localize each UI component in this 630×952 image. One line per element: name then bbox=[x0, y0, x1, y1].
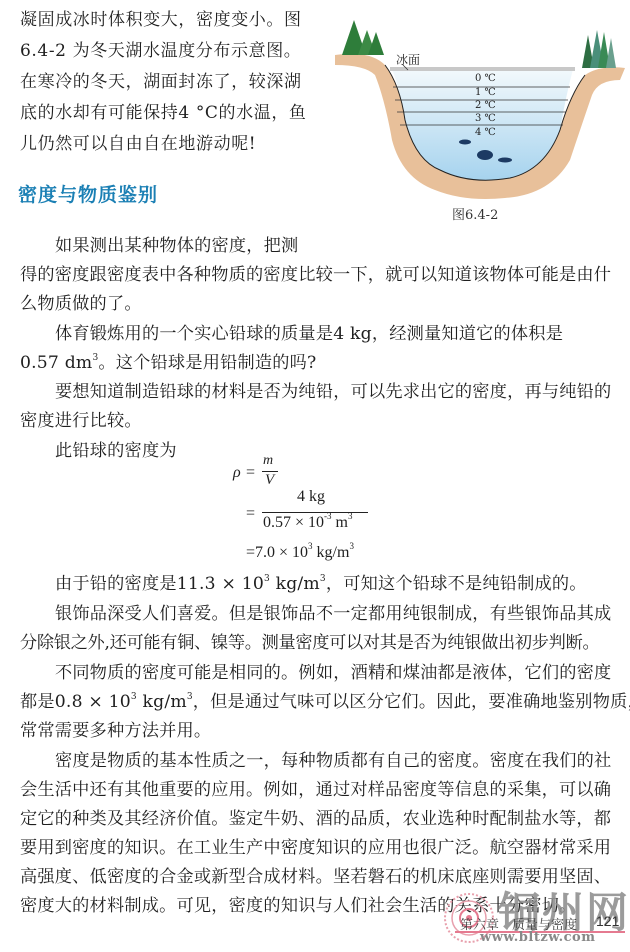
paragraph-line: 常常需要多种方法并用。 bbox=[20, 717, 211, 745]
superscript: 3 bbox=[348, 511, 353, 521]
paragraph-line: 如果测出某种物体的密度，把测 bbox=[55, 232, 298, 260]
text: kg/m bbox=[137, 692, 187, 712]
text: kg/m bbox=[270, 574, 320, 594]
paragraph-line: 得的密度跟密度表中各种物质的密度比较一下，就可以知道该物体可能是由什 bbox=[20, 261, 611, 289]
paragraph-line: 要想知道制造铅球的材料是否为纯铅，可以先求出它的密度，再与纯铅的 bbox=[55, 378, 611, 406]
layer-label-2: 2 ℃ bbox=[475, 100, 496, 111]
superscript: 3 bbox=[349, 541, 354, 551]
paragraph-line: 密度进行比较。 bbox=[20, 407, 142, 435]
watermark-url: www.bltzw.com bbox=[480, 930, 595, 945]
paragraph-line: 么物质做的了。 bbox=[20, 290, 142, 318]
paragraph-line: 此铅球的密度为 bbox=[55, 437, 177, 465]
text: 都是0.8 × 10 bbox=[20, 692, 131, 712]
text: ，可知这个铅球不是纯铅制成的。 bbox=[326, 574, 587, 594]
intro-line: 底的水却有可能保持4 °C的水温，鱼 bbox=[20, 99, 307, 127]
page-number: 121 bbox=[596, 913, 619, 929]
equals-sign: = bbox=[246, 505, 255, 523]
paragraph-line: 体育锻炼用的一个实心铅球的质量是4 kg，经测量知道它的体积是 bbox=[55, 320, 563, 348]
text: m bbox=[332, 514, 348, 531]
intro-line: 儿仍然可以自由自在地游动呢! bbox=[20, 130, 256, 158]
section-heading: 密度与物质鉴别 bbox=[18, 180, 158, 207]
layer-label-1: 1 ℃ bbox=[475, 87, 496, 98]
result: =7.0 × 103 kg/m3 bbox=[246, 544, 354, 562]
layer-label-0: 0 ℃ bbox=[475, 73, 496, 84]
layer-label-4: 4 ℃ bbox=[475, 127, 496, 138]
paragraph-line: 会生活中还有其他重要的应用。例如，通过对样品密度等信息的采集，可以确 bbox=[20, 776, 611, 804]
paragraph-line: 由于铅的密度是11.3 × 103 kg/m3，可知这个铅球不是纯铅制成的。 bbox=[55, 570, 587, 598]
equals-sign: = bbox=[246, 464, 255, 482]
intro-line: 6.4-2 为冬天湖水温度分布示意图。 bbox=[20, 37, 301, 65]
ice-surface-label: 冰面 bbox=[396, 51, 420, 68]
text: ，但是通过气味可以区分它们。因此，要准确地鉴别物质， bbox=[193, 692, 630, 712]
numerator: 4 kg bbox=[297, 488, 325, 506]
denominator: 0.57 × 10-3 m3 bbox=[263, 514, 352, 532]
mass-symbol: m bbox=[263, 453, 273, 469]
intro-line: 在寒冷的冬天，湖面封冻了，较深湖 bbox=[20, 68, 302, 96]
paragraph-line: 都是0.8 × 103 kg/m3，但是通过气味可以区分它们。因此，要准确地鉴别… bbox=[20, 688, 630, 716]
superscript: -3 bbox=[324, 511, 332, 521]
paragraph-line: 密度是物质的基本性质之一，每种物质都有自己的密度。密度在我们的社 bbox=[55, 747, 611, 775]
text: =7.0 × 10 bbox=[246, 544, 308, 561]
text: 0.57 dm bbox=[20, 353, 92, 373]
paragraph-line: 要用到密度的知识。在工业生产中密度知识的应用也很广泛。航空器材常采用 bbox=[20, 834, 611, 862]
intro-line: 凝固成冰时体积变大，密度变小。图 bbox=[20, 6, 302, 34]
paragraph-line: 银饰品深受人们喜爱。但是银饰品不一定都用纯银制成，有些银饰品其成 bbox=[55, 600, 611, 628]
text: 由于铅的密度是11.3 × 10 bbox=[55, 574, 264, 594]
volume-symbol: V bbox=[265, 472, 274, 489]
lake-temperature-figure: 冰面 0 ℃ 1 ℃ 2 ℃ 3 ℃ 4 ℃ bbox=[330, 10, 630, 210]
text: kg/m bbox=[313, 544, 350, 561]
paragraph-line: 分除银之外,还可能有铜、镍等。测量密度可以对其是否为纯银做出初步判断。 bbox=[20, 629, 599, 657]
paragraph-line: 0.57 dm3。这个铅球是用铅制造的吗? bbox=[20, 349, 316, 377]
text: 0.57 × 10 bbox=[263, 514, 324, 531]
paragraph-line: 不同物质的密度可能是相同的。例如，酒精和煤油都是液体，它们的密度 bbox=[55, 659, 611, 687]
rho-symbol: ρ bbox=[233, 464, 241, 482]
paragraph-line: 定它的种类及其经济价值。鉴定牛奶、酒的品质，农业选种时配制盐水等，都 bbox=[20, 805, 611, 833]
layer-label-3: 3 ℃ bbox=[475, 113, 496, 124]
text: 。这个铅球是用铅制造的吗? bbox=[98, 353, 316, 373]
figure-caption: 图6.4-2 bbox=[452, 204, 498, 223]
